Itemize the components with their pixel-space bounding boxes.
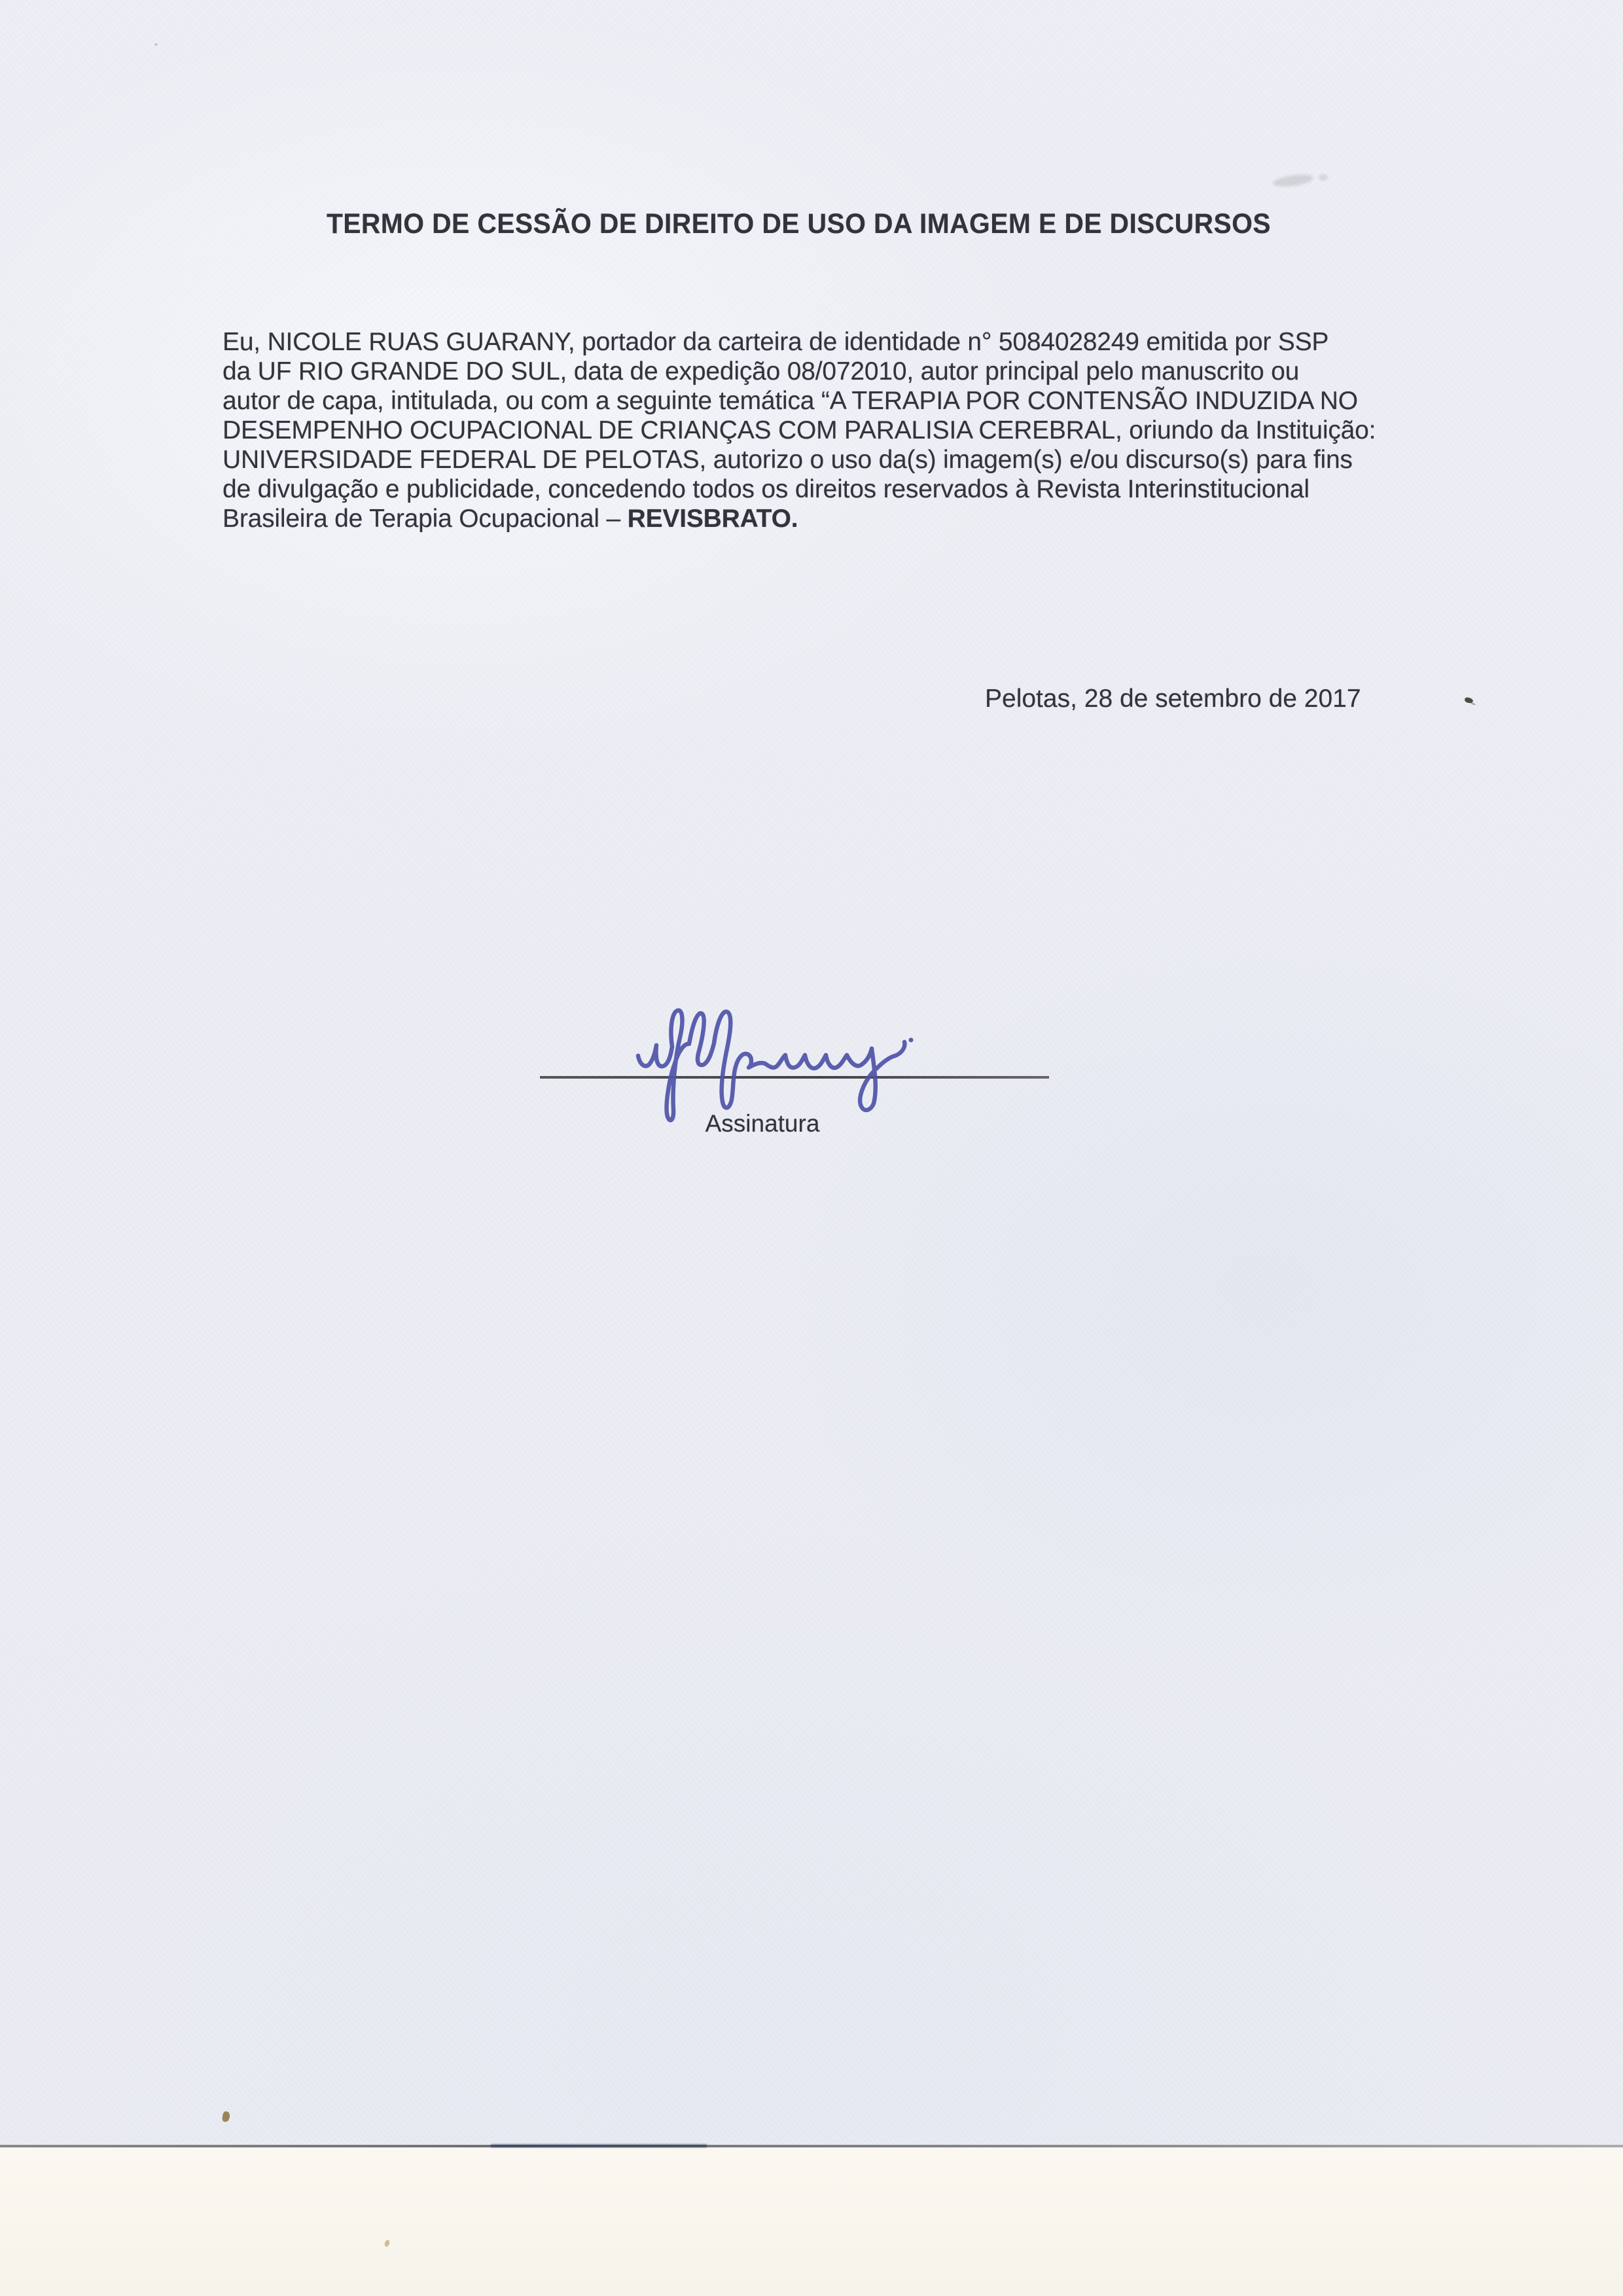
body-line: da UF RIO GRANDE DO SUL, data de expediç… — [223, 357, 1394, 386]
signature-rule-line — [540, 1076, 1049, 1079]
document-title: TERMO DE CESSÃO DE DIREITO DE USO DA IMA… — [216, 208, 1381, 240]
date-line: Pelotas, 28 de setembro de 2017 — [985, 685, 1361, 713]
body-paragraph: Eu, NICOLE RUAS GUARANY, portador da car… — [223, 327, 1394, 533]
scanned-document-page: { "doc": { "title": "TERMO DE CESSÃO DE … — [0, 0, 1623, 2296]
body-line: Eu, NICOLE RUAS GUARANY, portador da car… — [223, 327, 1394, 357]
scanner-bed-strip — [0, 2147, 1623, 2296]
body-line: UNIVERSIDADE FEDERAL DE PELOTAS, autoriz… — [223, 445, 1394, 475]
body-line-last: Brasileira de Terapia Ocupacional – REVI… — [223, 504, 1394, 533]
journal-name-bold: REVISBRATO. — [628, 505, 798, 533]
paper-sheet — [0, 0, 1623, 2147]
paper-bottom-edge — [0, 2145, 1623, 2147]
body-line-last-prefix: Brasileira de Terapia Ocupacional – — [223, 505, 628, 533]
body-line: de divulgação e publicidade, concedendo … — [223, 475, 1394, 504]
document-title-text: TERMO DE CESSÃO DE DIREITO DE USO DA IMA… — [327, 208, 1271, 240]
body-line: DESEMPENHO OCUPACIONAL DE CRIANÇAS COM P… — [223, 416, 1394, 445]
signature-label: Assinatura — [648, 1110, 877, 1138]
body-line: autor de capa, intitulada, ou com a segu… — [223, 386, 1394, 416]
